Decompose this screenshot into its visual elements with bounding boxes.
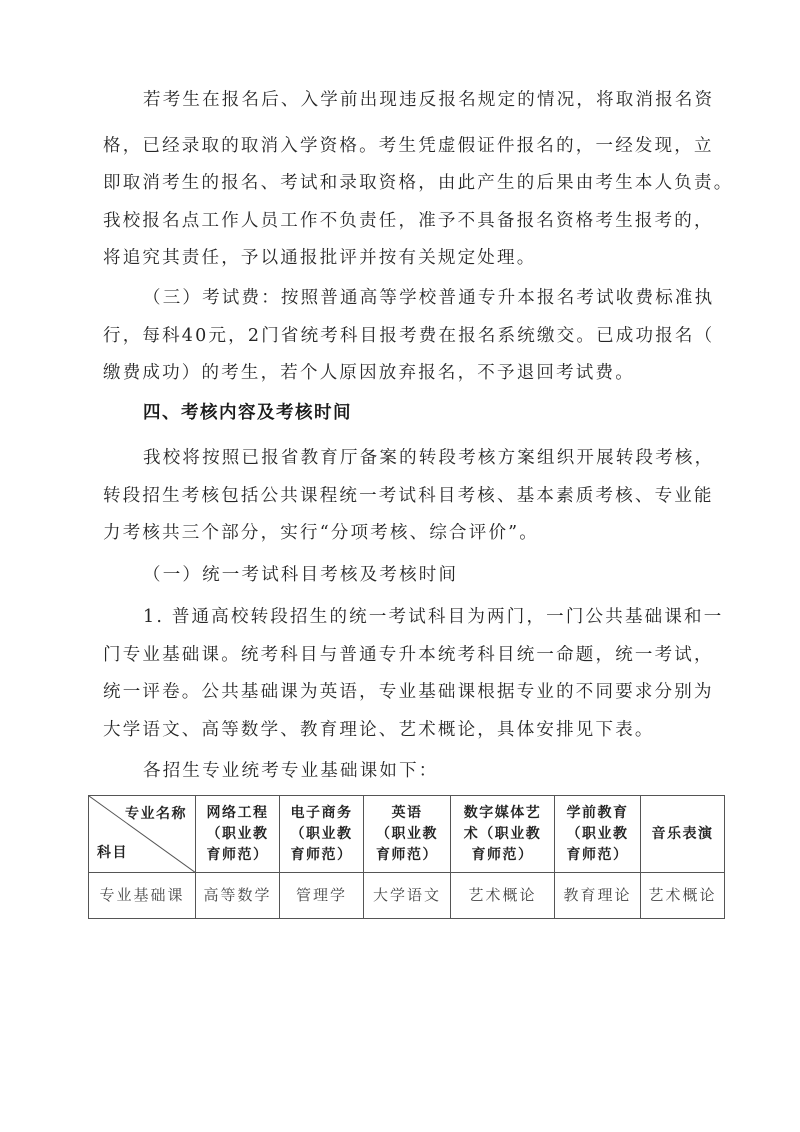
paragraph-line: 门专业基础课。统考科目与普通专升本统考科目统一命题，统一考试， [103,643,723,667]
paragraph-line: 若考生在报名后、入学前出现违反报名规定的情况，将取消报名资 [143,88,763,112]
table-cell: 艺术概论 [451,873,555,919]
paragraph-line: 力考核共三个部分，实行“分项考核、综合评价”。 [103,521,723,545]
document-page: 若考生在报名后、入学前出现违反报名规定的情况，将取消报名资 格，已经录取的取消入… [0,0,800,1132]
paragraph-line: 即取消考生的报名、考试和录取资格，由此产生的后果由考生本人负责。 [103,171,723,195]
table-cell: 艺术概论 [641,873,725,919]
header-line: 育师范） [455,845,550,866]
paragraph-line: 转段招生考核包括公共课程统一考试科目考核、基本素质考核、专业能 [103,484,723,508]
paragraph-line: 我校将按照已报省教育厅备案的转段考核方案组织开展转段考核， [143,446,763,470]
table-cell: 教育理论 [555,873,641,919]
corner-header-cell: 专业名称 科目 [89,796,196,873]
table-cell: 高等数学 [196,873,280,919]
header-line: 电子商务 [284,803,359,824]
header-line: （职业教 [559,824,636,845]
header-line: 育师范） [284,845,359,866]
paragraph-line: 格，已经录取的取消入学资格。考生凭虚假证件报名的，一经发现，立 [103,134,723,158]
table-row: 专业基础课 高等数学 管理学 大学语文 艺术概论 教育理论 艺术概论 [89,873,725,919]
paragraph-line: （三）考试费：按照普通高等学校普通专升本报名考试收费标准执 [143,286,763,310]
header-line: 音乐表演 [645,824,720,845]
table-cell: 管理学 [280,873,364,919]
paragraph-line: 缴费成功）的考生，若个人原因放弃报名，不予退回考试费。 [103,361,723,385]
header-line: 育师范） [368,845,446,866]
table-caption: 各招生专业统考专业基础课如下： [143,759,763,783]
paragraph-line: 将追究其责任，予以通报批评并按有关规定处理。 [103,246,723,270]
header-line: 学前教育 [559,803,636,824]
subsection-heading: （一）统一考试科目考核及考核时间 [143,563,763,587]
header-line: （职业教 [200,824,275,845]
column-header: 网络工程 （职业教 育师范） [196,796,280,873]
paragraph-line: 行，每科40元，2门省统考科目报考费在报名系统缴交。已成功报名（ [103,324,723,348]
paragraph-line: 我校报名点工作人员工作不负责任，准予不具备报名资格考生报考的， [103,209,723,233]
header-line: 英语 [368,803,446,824]
paragraph-line: 统一评卷。公共基础课为英语，专业基础课根据专业的不同要求分别为 [103,680,723,704]
header-line: 术（职业教 [455,824,550,845]
column-header: 数字媒体艺 术（职业教 育师范） [451,796,555,873]
subject-label: 科目 [97,843,128,864]
course-table: 专业名称 科目 网络工程 （职业教 育师范） 电子商务 （职业教 育师范） 英语… [88,795,725,919]
header-line: 育师范） [559,845,636,866]
column-header: 音乐表演 [641,796,725,873]
paragraph-line: 1. 普通高校转段招生的统一考试科目为两门，一门公共基础课和一 [143,605,763,629]
table-header-row: 专业名称 科目 网络工程 （职业教 育师范） 电子商务 （职业教 育师范） 英语… [89,796,725,873]
row-label: 专业基础课 [89,873,196,919]
section-heading: 四、考核内容及考核时间 [143,401,763,425]
table-cell: 大学语文 [364,873,451,919]
header-line: 数字媒体艺 [455,803,550,824]
header-line: 网络工程 [200,803,275,824]
header-line: （职业教 [284,824,359,845]
column-header: 学前教育 （职业教 育师范） [555,796,641,873]
major-name-label: 专业名称 [125,804,187,825]
paragraph-line: 大学语文、高等数学、教育理论、艺术概论，具体安排见下表。 [103,718,723,742]
header-line: （职业教 [368,824,446,845]
column-header: 电子商务 （职业教 育师范） [280,796,364,873]
header-line: 育师范） [200,845,275,866]
column-header: 英语 （职业教 育师范） [364,796,451,873]
